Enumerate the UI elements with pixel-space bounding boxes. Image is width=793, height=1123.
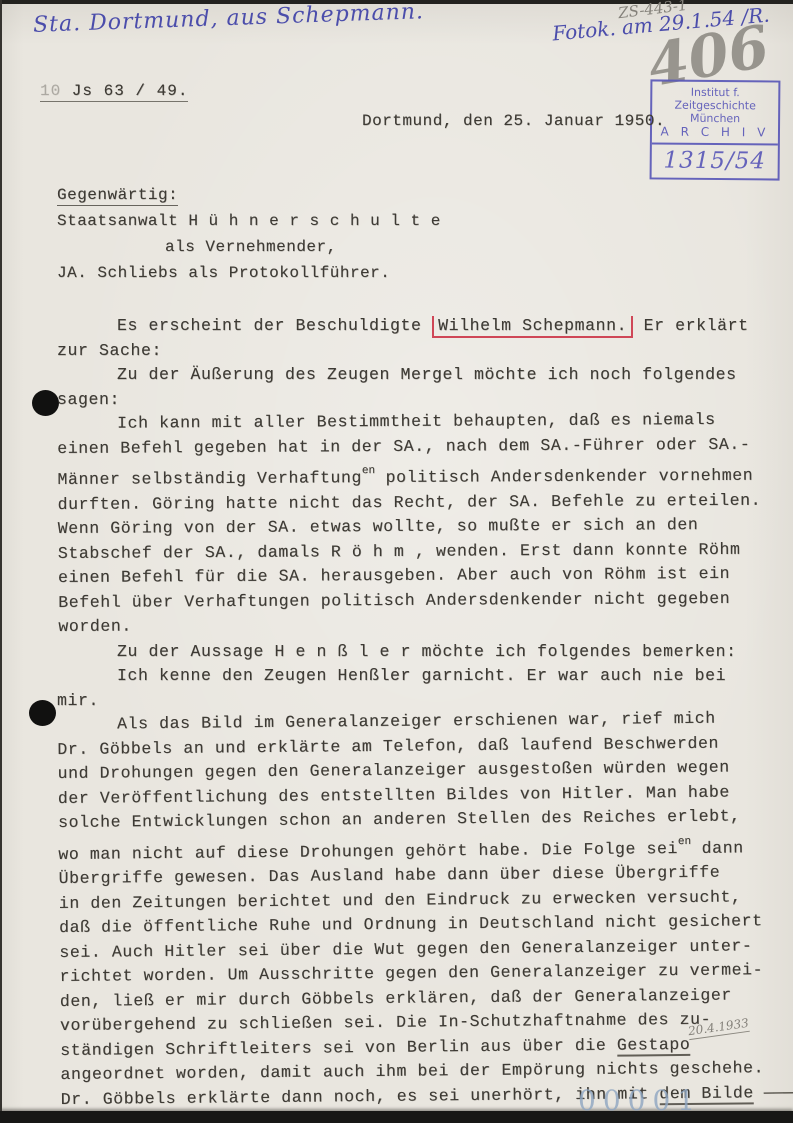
typed-text: Befehl über Verhaftungen politisch Ander… — [58, 588, 730, 611]
paragraph-p2: Zu der Äußerung des Zeugen Mergel möchte… — [57, 363, 749, 412]
typed-text: Zu der Aussage H e n ß l e r möchte ich … — [117, 642, 737, 661]
scan-edge-left — [0, 0, 2, 1123]
bottom-page-number-stamp: 00001 — [578, 1084, 702, 1117]
typed-text: sei. Auch Hitler sei über die Wut gegen … — [59, 936, 752, 962]
typed-text: Als das Bild im Generalanzeiger erschien… — [117, 709, 716, 734]
typed-insertion: en — [678, 835, 691, 847]
typed-line: einen Befehl für die SA. herausgeben. Ab… — [58, 562, 750, 591]
scanned-document-page: { "colors": { "paper": "#e9e6df", "typew… — [0, 0, 793, 1123]
typed-text: und Drohungen gegen den Generalanzeiger … — [57, 758, 729, 783]
archive-stamp-number-row: 1315/54 — [652, 142, 778, 178]
typed-text: Wenn Göring von der SA. etwas wollte, so… — [58, 515, 699, 538]
typed-text: in den Zeitungen berichtet und den Eindr… — [59, 887, 742, 913]
typed-text: Übergriffe gewesen. Das Ausland habe dan… — [58, 863, 720, 888]
typed-text: vorübergehend zu schließen sei. Die In-S… — [60, 1010, 711, 1035]
typed-line: Befehl über Verhaftungen politisch Ander… — [58, 586, 750, 615]
present-role: als Vernehmender, — [57, 234, 441, 260]
file-reference-number: 10 Js 63 / 49. — [40, 82, 188, 102]
typed-text: Männer selbständig Verhaftung — [57, 468, 362, 489]
typed-text: Er erklärt — [633, 316, 749, 335]
file-reference-prefix: 10 — [40, 82, 61, 100]
hole-punch-top — [32, 390, 59, 416]
paragraph-p5: Als das Bild im Generalanzeiger erschien… — [57, 706, 753, 1112]
typed-text: mir. — [57, 691, 99, 710]
archive-stamp: Institut f. Zeitgeschichte München A R C… — [650, 79, 781, 180]
typed-text: Ich kenne den Zeugen Henßler garnicht. E… — [117, 666, 726, 685]
typed-text: wo man nicht auf diese Drohungen gehört … — [58, 839, 678, 864]
typed-line: Es erscheint der Beschuldigte Wilhelm Sc… — [57, 314, 749, 339]
typed-line: Ich kenne den Zeugen Henßler garnicht. E… — [57, 664, 749, 689]
typed-text: solche Entwicklungen schon an anderen St… — [58, 806, 741, 832]
typed-text: Stabschef der SA., damals R ö h m , wend… — [58, 539, 741, 562]
paragraph-p3: Ich kann mit aller Bestimmtheit behaupte… — [57, 408, 750, 640]
typed-text: Zu der Äußerung des Zeugen Mergel möchte… — [117, 365, 737, 384]
trailing-dashes: ——— ——— — [754, 1082, 793, 1102]
archive-stamp-number: 1315/54 — [663, 148, 766, 175]
typed-text: politisch Andersdenkender vornehmen — [375, 466, 753, 487]
archive-stamp-archiv: A R C H I V — [652, 124, 778, 143]
typed-text: der Veröffentlichung des entstellten Bil… — [58, 782, 730, 807]
place-date-line: Dortmund, den 25. Januar 1950. — [362, 112, 665, 130]
typed-line: Zu der Aussage H e n ß l e r möchte ich … — [57, 640, 749, 665]
underlined-word: Gestapo — [617, 1034, 691, 1056]
typed-line: Männer selbständig Verhaftungen politisc… — [57, 457, 749, 493]
typed-statement-body: Es erscheint der Beschuldigte Wilhelm Sc… — [57, 314, 749, 1112]
typed-text: richtet worden. Um Ausschritte gegen den… — [59, 960, 763, 986]
file-reference-rest: Js 63 / 49. — [61, 82, 188, 100]
archive-stamp-institute: Institut f. Zeitgeschichte — [652, 81, 778, 112]
typed-line: Zu der Äußerung des Zeugen Mergel möchte… — [57, 363, 749, 388]
paragraph-p1: Es erscheint der Beschuldigte Wilhelm Sc… — [57, 314, 749, 363]
typed-line: worden. — [58, 611, 750, 640]
present-heading: Gegenwärtig: — [57, 186, 178, 206]
typed-text: Es erscheint der Beschuldigte — [117, 316, 432, 335]
typed-text: ständigen Schriftleiters sei von Berlin … — [60, 1035, 617, 1059]
typed-text: Ich kann mit aller Bestimmtheit behaupte… — [117, 410, 716, 433]
typed-text: einen Befehl für die SA. herausgeben. Ab… — [58, 564, 730, 587]
typed-text: Dr. Göbbels an und erklärte am Telefon, … — [57, 733, 719, 758]
typed-line: Ich kann mit aller Bestimmtheit behaupte… — [57, 408, 749, 437]
typed-text: den, ließ er mir durch Göbbels erklären,… — [60, 985, 732, 1010]
typed-line: Wenn Göring von der SA. etwas wollte, so… — [58, 513, 750, 542]
typed-text: worden. — [58, 617, 132, 636]
typed-text: daß die öffentliche Ruhe und Ordnung in … — [59, 911, 763, 937]
typed-text: angeordnet worden, damit auch ihm bei de… — [60, 1058, 764, 1084]
handwritten-provenance-note: Sta. Dortmund, aus Schepmann. — [33, 0, 425, 38]
typed-text: Dr. Göbbels erklärte dann noch, es sei u… — [61, 1084, 660, 1109]
typed-text: zur Sache: — [57, 341, 162, 360]
typed-insertion: en — [362, 465, 375, 477]
paragraph-p4: Zu der Aussage H e n ß l e r möchte ich … — [57, 640, 749, 714]
present-prosecutor: Staatsanwalt H ü h n e r s c h u l t e — [57, 208, 441, 234]
typed-text: dann — [691, 838, 744, 858]
typed-text: einen Befehl gegeben hat in der SA., nac… — [57, 434, 750, 457]
typed-line: zur Sache: — [57, 339, 749, 364]
typed-text: sagen: — [57, 390, 120, 409]
archive-stamp-city: München — [652, 111, 778, 125]
typed-text: durften. Göring hatte nicht das Recht, d… — [58, 490, 762, 513]
red-marked-name: Wilhelm Schepmann. — [432, 316, 633, 338]
present-clerk: JA. Schliebs als Protokollführer. — [57, 260, 441, 286]
hole-punch-bottom — [29, 700, 56, 726]
present-persons-block: Gegenwärtig: Staatsanwalt H ü h n e r s … — [57, 182, 441, 286]
